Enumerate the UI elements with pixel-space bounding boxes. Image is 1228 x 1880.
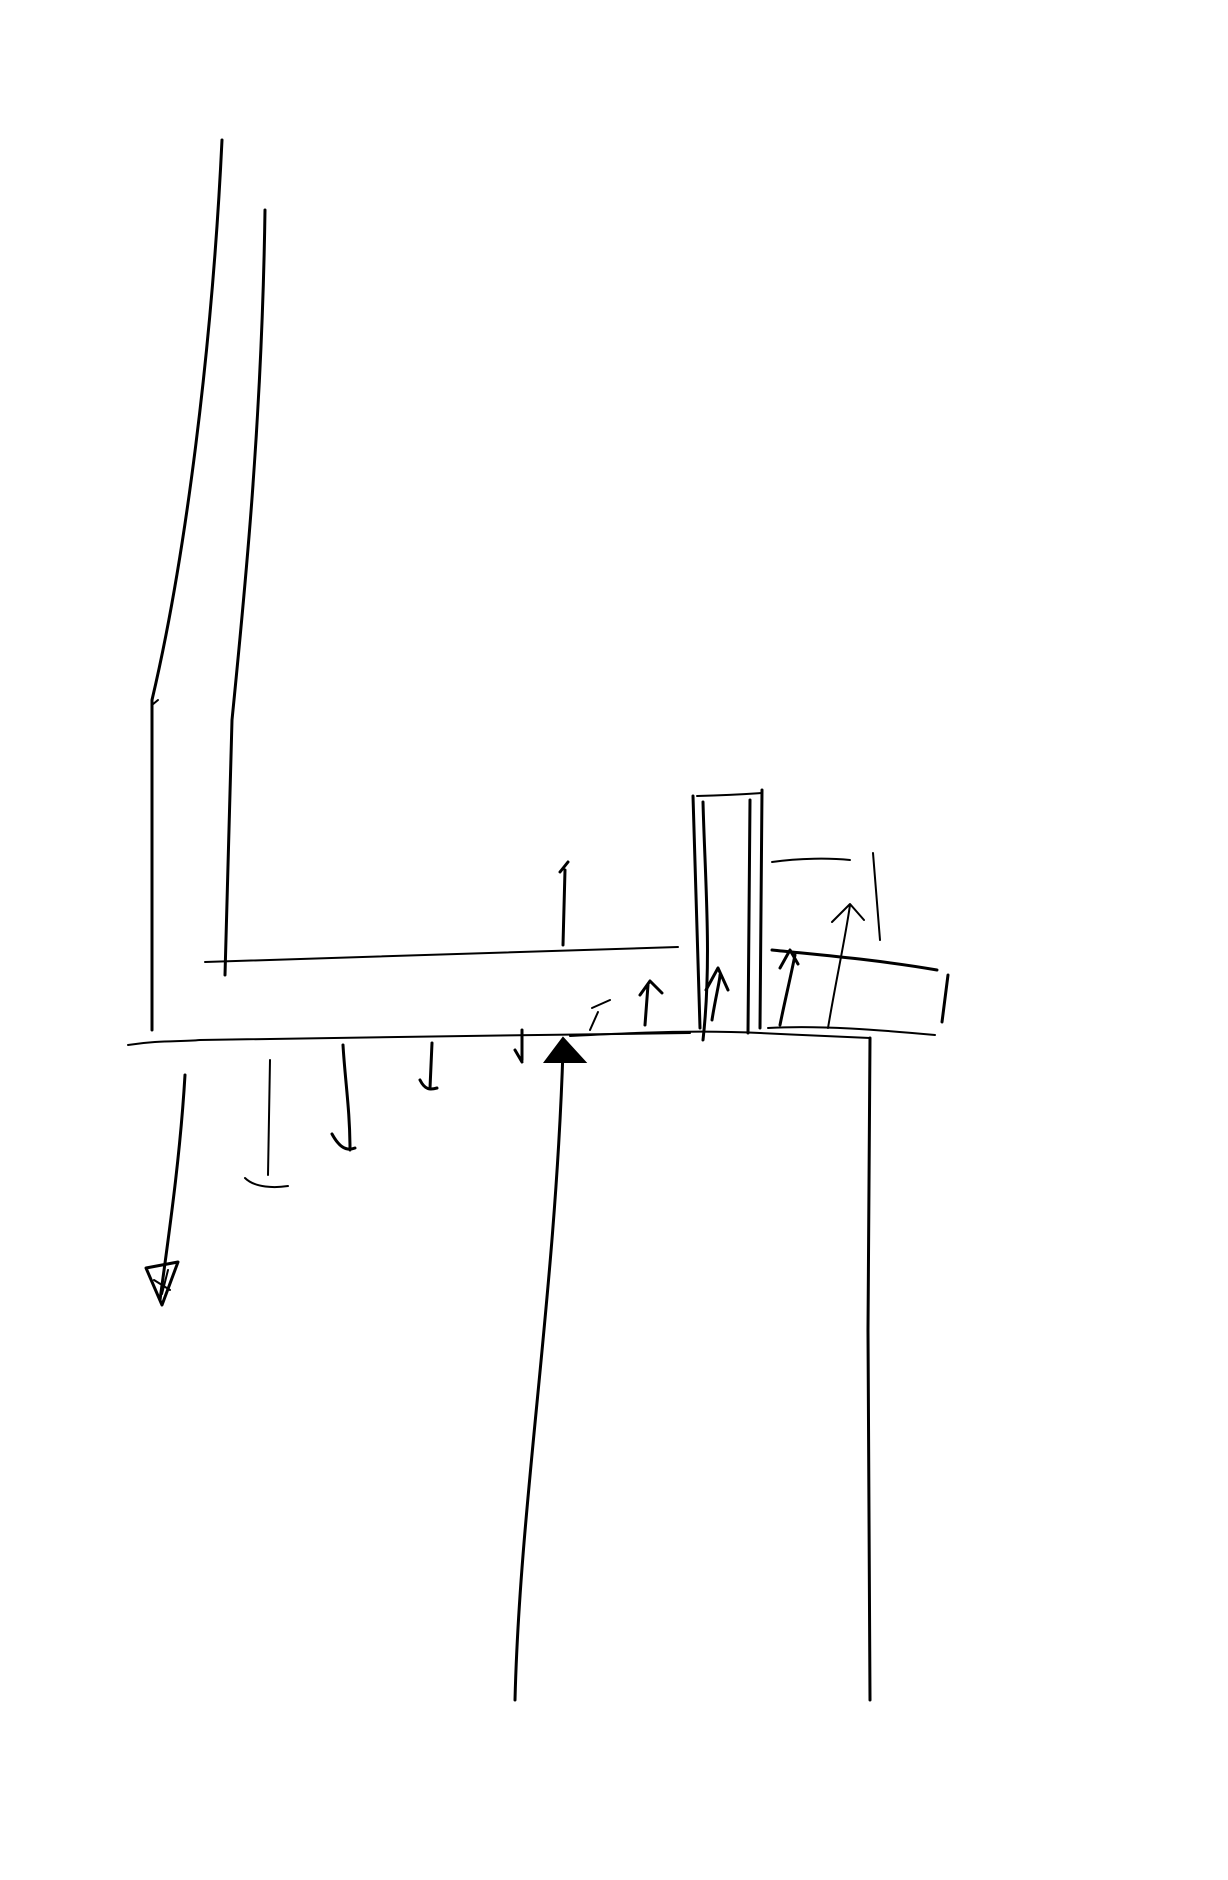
right-beam-segment xyxy=(768,853,948,1035)
right-pier xyxy=(570,1032,870,1700)
upward-load-arrows xyxy=(560,862,864,1030)
support-reaction-arrow xyxy=(515,1038,585,1700)
vertical-left-column xyxy=(152,140,265,1030)
downward-load-arrows xyxy=(245,1030,522,1187)
vertical-post xyxy=(693,790,762,1040)
horizontal-beam xyxy=(128,947,690,1045)
arrowhead-up-icon xyxy=(545,1038,585,1062)
structural-sketch xyxy=(0,0,1228,1880)
resultant-arrow xyxy=(146,1075,185,1305)
